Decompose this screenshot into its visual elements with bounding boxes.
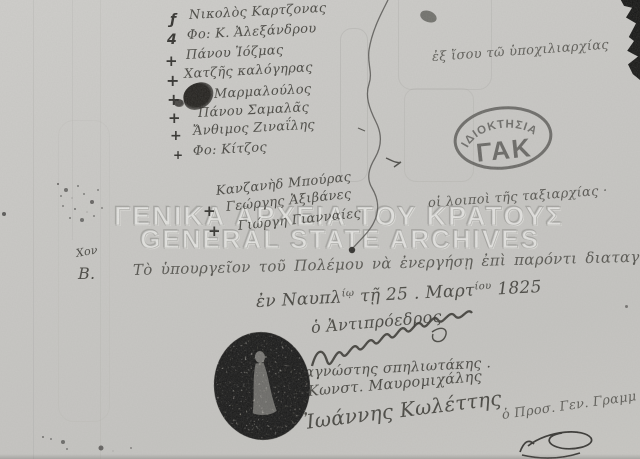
ink-speck xyxy=(2,212,6,216)
ink-speck-cluster xyxy=(42,436,44,438)
profile-doodle-line xyxy=(353,0,388,248)
pen-marks-overlay xyxy=(0,0,640,459)
secretary-signature-loop xyxy=(528,432,592,449)
pen-tick xyxy=(386,158,401,167)
pen-tick xyxy=(358,128,365,131)
scanned-manuscript-page: ΓΕΝΙΚΑ ΑΡΧΕΙΑ ΤΟΥ ΚΡΑΤΟΥΣ GENERAL STATE … xyxy=(0,0,640,459)
vice-president-signature-scrawl xyxy=(312,311,472,366)
ink-dot xyxy=(349,247,355,253)
title-flourish xyxy=(432,328,446,341)
ink-speck xyxy=(625,305,628,308)
page-bottom-shadow xyxy=(0,454,640,459)
ink-speck-cluster xyxy=(57,183,59,185)
